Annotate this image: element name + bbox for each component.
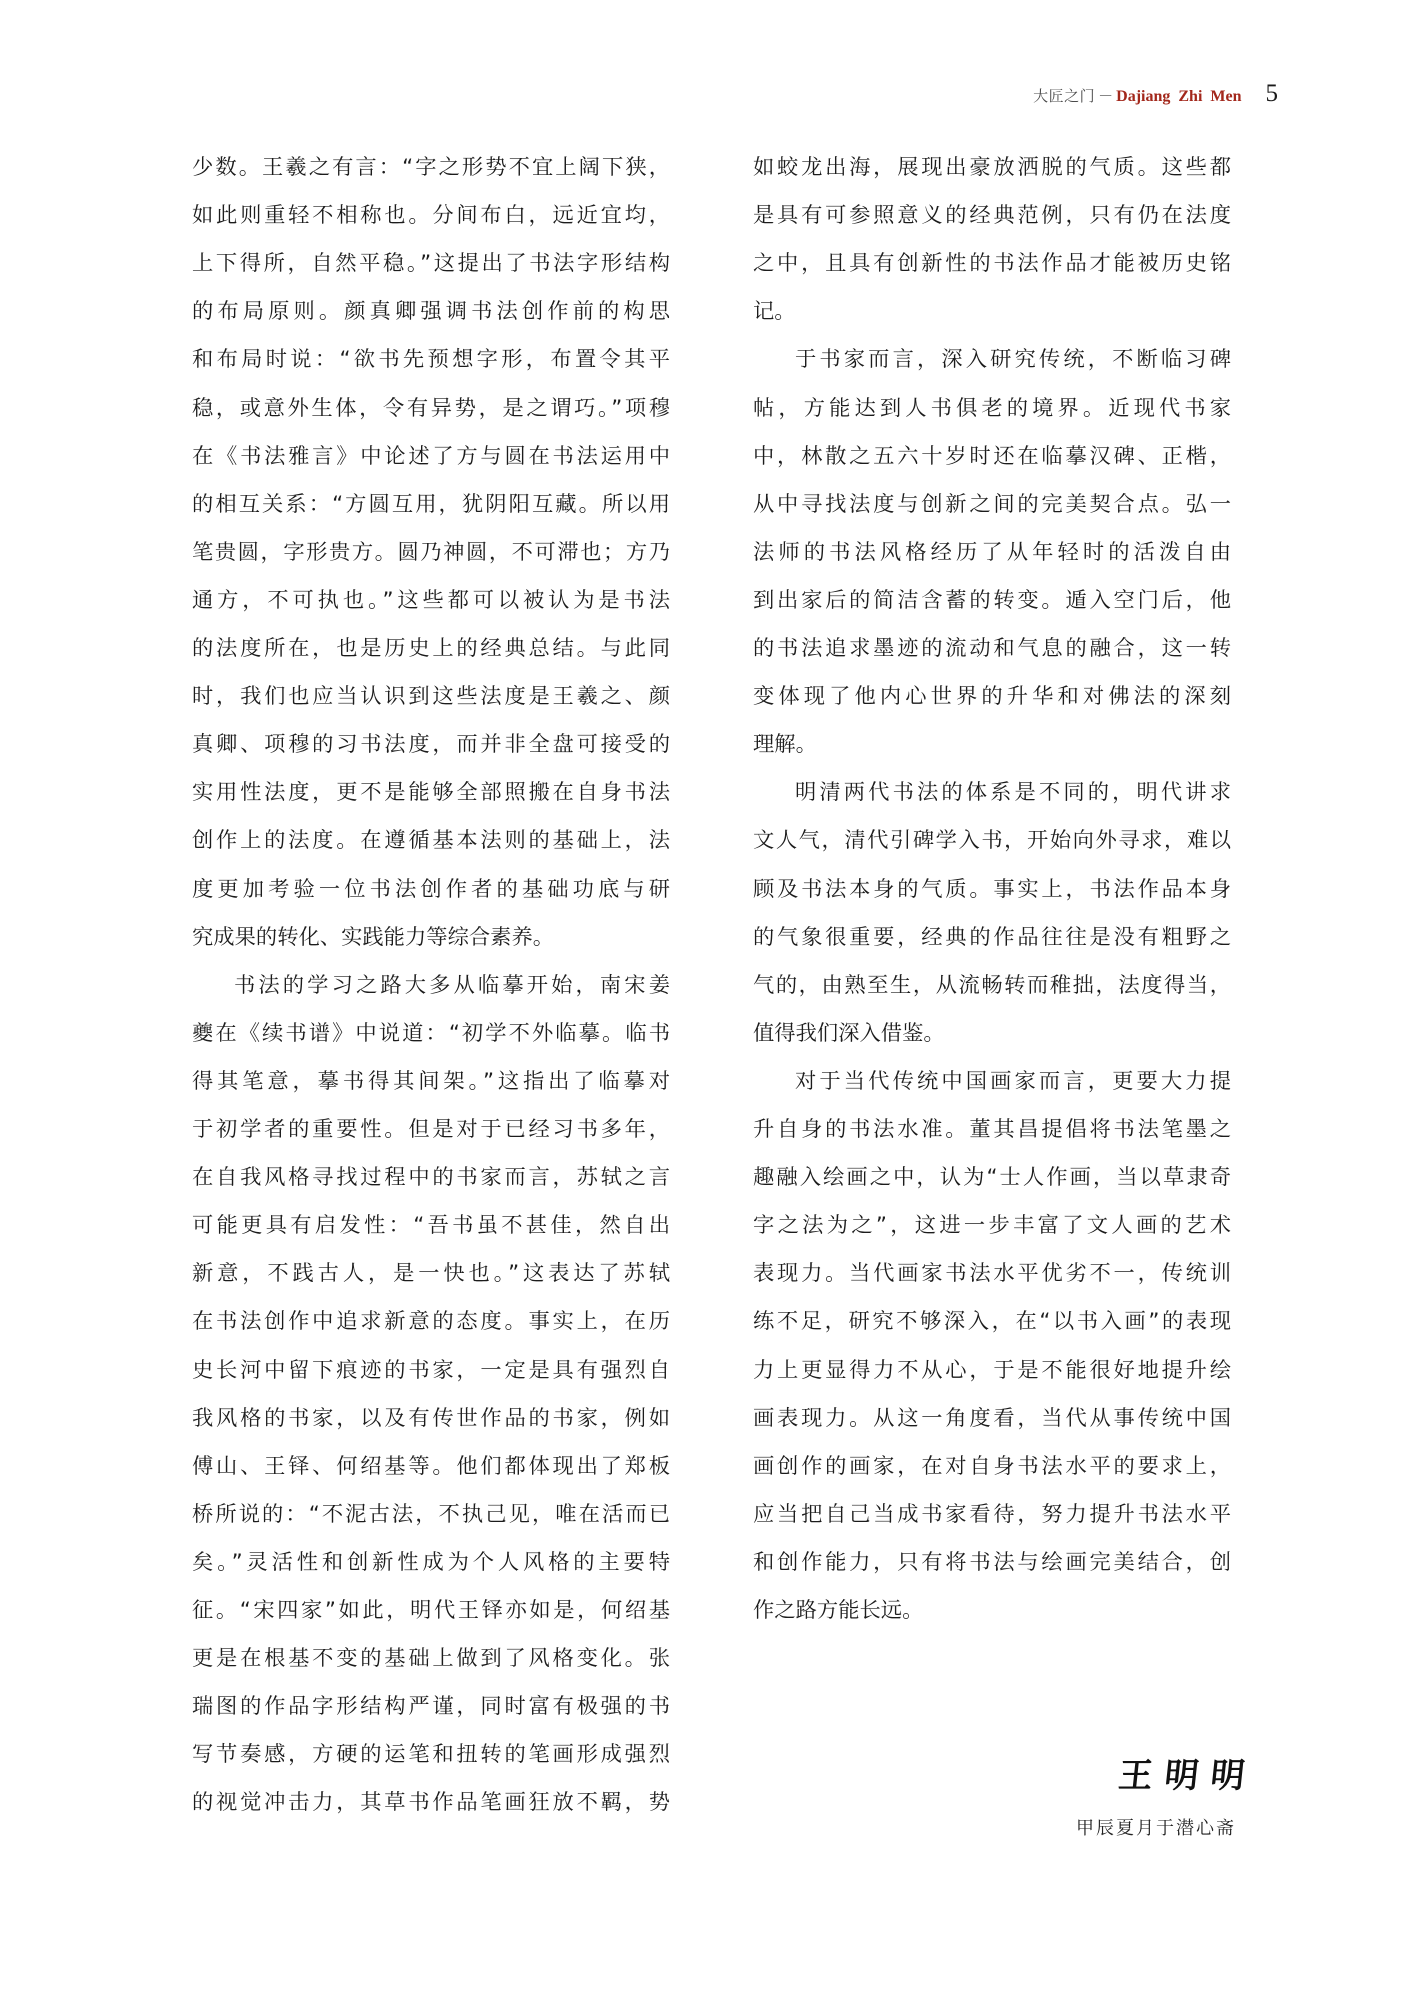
text-line: 的书法追求墨迹的流动和气息的融合，这一转 (753, 631, 1231, 667)
text-line: 书法的学习之路大多从临摹开始，南宋姜 (192, 968, 670, 1004)
text-line: 之中，且具有创新性的书法作品才能被历史铭 (753, 246, 1231, 282)
text-line: 在《书法雅言》中论述了方与圆在书法运用中 (192, 439, 670, 475)
text-line: 的布局原则。颜真卿强调书法创作前的构思 (192, 294, 670, 330)
text-line: 笔贵圆，字形贵方。圆乃神圆，不可滞也；方乃 (192, 535, 670, 571)
text-line: 可能更具有启发性：“吾书虽不甚佳，然自出 (192, 1208, 670, 1244)
signature-dateline: 甲辰夏月于潜心斋 (1076, 1814, 1286, 1840)
text-line: 画创作的画家，在对自身书法水平的要求上， (753, 1449, 1231, 1485)
text-line: 矣。”灵活性和创新性成为个人风格的主要特 (192, 1545, 670, 1581)
text-line: 力上更显得力不从心，于是不能很好地提升绘 (753, 1353, 1231, 1389)
text-line: 稳，或意外生体，令有异势，是之谓巧。”项穆 (192, 391, 670, 427)
text-line: 傅山、王铎、何绍基等。他们都体现出了郑板 (192, 1449, 670, 1485)
text-line: 征。“宋四家”如此，明代王铎亦如是，何绍基 (192, 1593, 670, 1629)
text-line: 夔在《续书谱》中说道：“初学不外临摹。临书 (192, 1016, 670, 1052)
text-line: 我风格的书家，以及有传世作品的书家，例如 (192, 1401, 670, 1437)
journal-title-cn: 大匠之门 (1033, 85, 1095, 106)
text-line: 理解。 (753, 727, 1231, 763)
text-line: 得其笔意，摹书得其间架。”这指出了临摹对 (192, 1064, 670, 1100)
text-line: 应当把自己当成书家看待，努力提升书法水平 (753, 1497, 1231, 1533)
text-line: 作之路方能长远。 (753, 1593, 1231, 1629)
text-line: 于初学者的重要性。但是对于已经习书多年， (192, 1112, 670, 1148)
text-line: 和创作能力，只有将书法与绘画完美结合，创 (753, 1545, 1231, 1581)
text-line: 真卿、项穆的习书法度，而并非全盘可接受的 (192, 727, 670, 763)
text-line: 顾及书法本身的气质。事实上，书法作品本身 (753, 872, 1231, 908)
text-line: 和布局时说：“欲书先预想字形，布置令其平 (192, 342, 670, 378)
text-line: 帖，方能达到人书俱老的境界。近现代书家 (753, 391, 1231, 427)
text-line: 的视觉冲击力，其草书作品笔画狂放不羁，势 (192, 1785, 670, 1821)
text-line: 中，林散之五六十岁时还在临摹汉碑、正楷， (753, 439, 1231, 475)
text-line: 度更加考验一位书法创作者的基础功底与研 (192, 872, 670, 908)
text-line: 画表现力。从这一角度看，当代从事传统中国 (753, 1401, 1231, 1437)
text-line: 如此则重轻不相称也。分间布白，远近宜均， (192, 198, 670, 234)
text-line: 如蛟龙出海，展现出豪放洒脱的气质。这些都 (753, 150, 1231, 186)
text-line: 更是在根基不变的基础上做到了风格变化。张 (192, 1641, 670, 1677)
text-line: 值得我们深入借鉴。 (753, 1016, 1231, 1052)
text-line: 的法度所在，也是历史上的经典总结。与此同 (192, 631, 670, 667)
text-line: 表现力。当代画家书法水平优劣不一，传统训 (753, 1256, 1231, 1292)
text-line: 通方，不可执也。”这些都可以被认为是书法 (192, 583, 670, 619)
text-line: 桥所说的：“不泥古法，不执己见，唯在活而已 (192, 1497, 670, 1533)
text-line: 在书法创作中追求新意的态度。事实上，在历 (192, 1304, 670, 1340)
text-line: 在自我风格寻找过程中的书家而言，苏轼之言 (192, 1160, 670, 1196)
text-line: 史长河中留下痕迹的书家，一定是具有强烈自 (192, 1353, 670, 1389)
text-line: 文人气，清代引碑学入书，开始向外寻求，难以 (753, 823, 1231, 859)
text-line: 到出家后的简洁含蓄的转变。遁入空门后，他 (753, 583, 1231, 619)
text-line: 新意，不践古人，是一快也。”这表达了苏轼 (192, 1256, 670, 1292)
text-line: 上下得所，自然平稳。”这提出了书法字形结构 (192, 246, 670, 282)
header-separator: － (1098, 85, 1113, 106)
text-line: 创作上的法度。在遵循基本法则的基础上，法 (192, 823, 670, 859)
text-line: 实用性法度，更不是能够全部照搬在自身书法 (192, 775, 670, 811)
text-line: 明清两代书法的体系是不同的，明代讲求 (753, 775, 1231, 811)
running-header: 大匠之门 － Dajiang Zhi Men 5 (1033, 80, 1278, 112)
text-line: 少数。王羲之有言：“字之形势不宜上阔下狭， (192, 150, 670, 186)
text-line: 于书家而言，深入研究传统，不断临习碑 (753, 342, 1231, 378)
text-line: 变体现了他内心世界的升华和对佛法的深刻 (753, 679, 1231, 715)
text-line: 趣融入绘画之中，认为“士人作画，当以草隶奇 (753, 1160, 1231, 1196)
text-line: 的相互关系：“方圆互用，犹阴阳互藏。所以用 (192, 487, 670, 523)
text-line: 的气象很重要，经典的作品往往是没有粗野之 (753, 920, 1231, 956)
text-line: 对于当代传统中国画家而言，更要大力提 (753, 1064, 1231, 1100)
text-line: 字之法为之”，这进一步丰富了文人画的艺术 (753, 1208, 1231, 1244)
text-line: 升自身的书法水准。董其昌提倡将书法笔墨之 (753, 1112, 1231, 1148)
text-line: 瑞图的作品字形结构严谨，同时富有极强的书 (192, 1689, 670, 1725)
page-number: 5 (1266, 80, 1279, 108)
text-line: 时，我们也应当认识到这些法度是王羲之、颜 (192, 679, 670, 715)
text-line: 练不足，研究不够深入，在“以书入画”的表现 (753, 1304, 1231, 1340)
text-line: 从中寻找法度与创新之间的完美契合点。弘一 (753, 487, 1231, 523)
text-line: 写节奏感，方硬的运笔和扭转的笔画形成强烈 (192, 1737, 670, 1773)
text-line: 气的，由熟至生，从流畅转而稚拙，法度得当， (753, 968, 1231, 1004)
text-line: 究成果的转化、实践能力等综合素养。 (192, 920, 670, 956)
journal-title-en: Dajiang Zhi Men (1116, 88, 1241, 106)
text-line: 记。 (753, 294, 1231, 330)
text-line: 法师的书法风格经历了从年轻时的活泼自由 (753, 535, 1231, 571)
author-signature: 王明明 (1085, 1748, 1290, 1797)
text-line: 是具有可参照意义的经典范例，只有仍在法度 (753, 198, 1231, 234)
